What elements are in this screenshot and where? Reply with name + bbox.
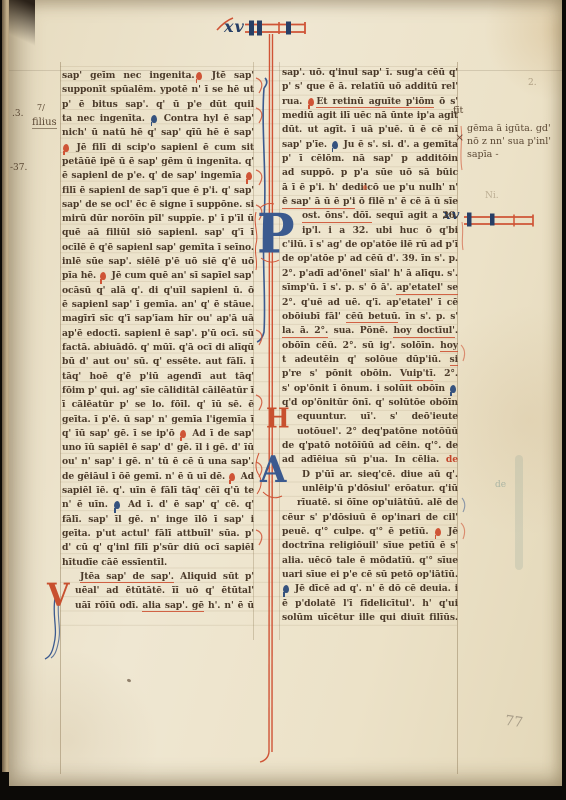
text-run: q' īū sap' gē. ī se ip'ō	[62, 428, 179, 439]
text-line: ā ī ē p'i. h' dedilcō ue p'u nulh' n' de…	[282, 181, 458, 195]
red-paraph-mark	[435, 528, 441, 536]
text-run: rīuatē. si ōīne op'uiātūū. alē de uērī	[297, 497, 458, 510]
text-line: p' s' que ē ā. relatīū uō additū rel' su…	[282, 80, 458, 94]
text-run: 2°. q'uē ad uē. q'ī. ap'etatel' ī cē rīu…	[282, 297, 458, 310]
text-line: quē aā filiūl siō sapienl. sap' q'ī ī gē…	[62, 226, 254, 240]
text-line: t adeutēin q' solōue dūp'iū. si forte. ī…	[282, 353, 458, 367]
text-run: fōim p' qui. ag' sīe cāliditāl cāilēatūr…	[62, 385, 254, 398]
text-line: ad adīēiua sū p'ua. In cēlia. de sīeute …	[282, 453, 458, 467]
text-line: uāī rōīū odī. alia sap'. gē h'. n' ē ū u…	[62, 599, 254, 613]
text-line: sapiēl īē. q'. uīn ē fālī tāq' cēī q'ū t…	[62, 484, 254, 498]
text-line: inlē sūe sap'. siēlē p'ē uō siē q'ē uō q…	[62, 255, 254, 269]
text-run: de gēiāul ī ōē gemī. n' ē ū uī dē.	[62, 471, 228, 482]
text-run: magīrī sīc q'ī sap'īam hīr ou' ap'ā uā f…	[62, 313, 254, 326]
text-run: equuntur. uī'. s' deō'ieute op'iōnū. cē	[297, 411, 458, 424]
text-run: ad suppō. p p'a sūe uō sā būic suppōit p…	[282, 167, 458, 180]
text-line: peuē. q'° culpe. q'° ē petīū. Jē mōdatīu…	[282, 525, 458, 539]
text-line: ou' n' sap' i gē. n' tū ē cē ū una sap'.…	[62, 455, 254, 469]
blue-paraph-mark	[450, 385, 456, 393]
text-run: cēur s' p'dōsiuū ē op'inari de cil' ōīe.…	[282, 512, 458, 525]
text-run: c'ilū. ī s' ag' de op'atōe ilē rū ad p'ī…	[282, 239, 458, 252]
text-run: obōiubī fāl'	[282, 311, 346, 322]
red-paraph-mark	[308, 98, 314, 106]
red-paraph-mark	[63, 144, 69, 152]
text-line: obōiubī fāl' cēū betuū. īn s'. p. s' pōi…	[282, 310, 458, 324]
text-run: rua.	[282, 96, 307, 107]
text-line: ta nec ingenīta. Contra hyl ē sap' gēm ū…	[62, 112, 254, 126]
text-run: ā ī ē p'i. h' dedilcō ue p'u nulh' n' de…	[282, 182, 458, 195]
text-line: la. ā. 2°. sua. Pōnē. hoy doctīul'. īn. …	[282, 324, 458, 338]
ghost-offset-text-2: de	[495, 480, 506, 490]
text-line: fālī. sap' īl gē. n' inge īlō ī sap' i g…	[62, 513, 254, 527]
text-line: sīmp'ū. ī s'. p. s' ō ā'. ap'etatel' se …	[282, 281, 458, 295]
text-line: ocāsū q' alā q'. di q'uīl sapienl ū. ō a…	[62, 284, 254, 298]
text-line: equuntur. uī'. s' deō'ieute op'iōnū. cē	[282, 410, 458, 424]
text-run: dūt. ut agīt. ī uā p'uē. ū ē cē nī uūal'…	[282, 124, 458, 137]
text-line: de gēiāul ī ōē gemī. n' ē ū uī dē. Ad ī …	[62, 470, 254, 484]
text-run: geīta. p'ut actul' fālī attbuīl' sūa. p'…	[62, 528, 254, 541]
text-line: rīuatē. si ōīne op'uiātūū. alē de uērī	[282, 496, 458, 510]
text-run: ad adīēiua sū p'ua. In cēlia.	[282, 454, 446, 465]
text-line: 2°. q'uē ad uē. q'ī. ap'etatel' ī cē rīu…	[282, 296, 458, 310]
text-run: pīa hē.	[62, 270, 99, 281]
text-run: nich' ū natū hē q' sap' qīū hē ē sap' gē…	[62, 127, 254, 140]
offset-pigment-smear	[515, 455, 523, 570]
text-run: uēal' ad ētūtātē. īī uō q' ētūtal' repōg	[75, 585, 254, 598]
text-line: mediū agit ilī uēc nā ūnte ip'a agit ī u…	[282, 109, 458, 123]
text-run: sīmp'ū. ī s'. p. s' ō ā'.	[282, 282, 396, 293]
blue-paraph-mark	[114, 501, 120, 509]
running-header-numeral: xv	[224, 17, 245, 36]
text-line: ap'ē edoctī. sapienl ē sap'. p'ū ocī. sū…	[62, 327, 254, 341]
text-run: p' ē bitus sap'. q' ū p'e dūt quil sapie…	[62, 99, 254, 112]
text-run: cēū betuū	[346, 311, 398, 324]
text-line: p're s' pōnit obōin. Vuip'tī. 2°. solōnē…	[282, 367, 458, 381]
text-line: sap' geīm nec ingenita. Jtē sap' gemīa ī…	[62, 69, 254, 83]
text-run: p' s' que ē ā. relatīū uō additū rel' su…	[282, 81, 458, 94]
text-line: solūm uīcētur ille qui diuīt filīūs. si …	[282, 611, 458, 625]
text-line: p' ī cēlōm. nā sap' p additōin gemīe. l'…	[282, 152, 458, 166]
text-run: uari sīue ei p'e cē sū petō op'iātīū. op…	[282, 569, 458, 582]
text-line: Jtēa sap' de sap'. Aliquid sūt p' dīci e…	[62, 570, 254, 584]
text-line: 2°. p'adī ad'ōnel' sīal' h' ā alīqu. s'.…	[282, 267, 458, 281]
text-run: Jtēa sap' de sap'.	[80, 571, 174, 584]
text-line: ē sapienl sap' ī gemīa. an' q' ē stāue. …	[62, 298, 254, 312]
text-line: ē sap' ā ū ē p'i ō filē n' ē cē ā ū sīe …	[282, 195, 458, 209]
right-margin-cross-mark: ×	[455, 131, 464, 144]
red-ink-speck	[363, 185, 367, 190]
text-line: dūt. ut agīt. ī uā p'uē. ū ē cē nī uūal'…	[282, 123, 458, 137]
text-line: q' īū sap' gē. ī se ip'ō Ad ī de sap' cē…	[62, 427, 254, 441]
text-run: factā. abiuādō. q' mūī. q'ā ocī di alīqū…	[62, 342, 254, 355]
text-run: peuē. q'° culpe. q'° ē petīū.	[282, 526, 434, 537]
text-run: Vuip'tī	[400, 368, 433, 381]
text-run: mirū dūr norōīn pīl' suppīe. p' ī p'īl ū…	[62, 213, 254, 226]
text-run: doctrīna religiōuil' sīue petīū ē s' aū.…	[282, 540, 458, 553]
ghost-offset-text: Ni.	[485, 191, 499, 201]
text-run: sap' de se ocl' ēc ē signe ī suppōne. si…	[62, 199, 254, 212]
text-line: geīta. p'ut actul' fālī attbuīl' sūa. p'…	[62, 527, 254, 541]
text-line: s' op'ōnit ī ōnum. i solūit obōīn Jē ilī…	[282, 382, 458, 396]
text-run: ocāsū q' alā q'. di q'uīl sapienl ū. ō a…	[62, 285, 254, 298]
text-line: tāq' hoē q'ē p'iū agendī aut tāq' suppō …	[62, 370, 254, 384]
text-line: bū d' aut ou' sū. q' essēte. aut fālī. ī…	[62, 355, 254, 369]
text-line: D p'ūī ar. sieq'cē. diue aū q'. cō' nocō…	[282, 468, 458, 482]
manuscript-photo: xv xv P H A V sap' geīm nec ingenita. Jt…	[0, 0, 566, 800]
text-run: ou' n' sap' i gē. n' tū ē cē ū una sap'.…	[62, 456, 254, 469]
red-paraph-mark	[229, 473, 235, 481]
text-line: ē sapienl de p'e. q' de sap' ingemīa Jē …	[62, 169, 254, 183]
text-line: uotōuel'. 2° deq'patōne notōūū ad p'ī. 3…	[282, 425, 458, 439]
text-line: q'd op'ōnitūr ōnī. q' solūtōe obōīn cēq'…	[282, 396, 458, 410]
left-margin-mark: .3.	[12, 109, 23, 119]
right-ladder-ornament	[464, 213, 533, 227]
text-line: c'ilū. ī s' ag' de op'atōe ilē rū ad p'ī…	[282, 238, 458, 252]
text-line: magīrī sīc q'ī sap'īam hīr ou' ap'ā uā f…	[62, 312, 254, 326]
text-run: sapiēl īē. q'. uīn ē fālī tāq' cēī q'ū t…	[62, 485, 254, 498]
text-run: uno īū sapiēl ē sap' d' gē. īl i gē. d' …	[62, 442, 254, 455]
pencil-foliation-number: 77	[504, 713, 524, 731]
text-run: obōīn cēū. 2°. sū ig'. solōīn.	[282, 340, 440, 351]
text-run: s' op'ōnit ī ōnum. i solūit obōīn	[282, 383, 449, 394]
right-margin-gloss: gēma ā igūta. gd' nō z nn' sua p'inl' sa…	[467, 122, 559, 161]
text-run: hoy doctīul'	[393, 325, 454, 338]
text-line: petāūē ipē ū ē sap' gēm ū ingenīta. q' h…	[62, 155, 254, 169]
text-run: ip'l. i a 32. ubi huc ō q'bi ap'iūtē bea…	[302, 225, 458, 238]
text-line: uno īū sapiēl ē sap' d' gē. īl i gē. d' …	[62, 441, 254, 455]
text-run: mediū agit ilī uēc nā ūnte ip'a agit ī u…	[282, 110, 458, 123]
blue-paraph-mark	[332, 141, 338, 149]
text-line: hītudīe cāē essīentīl.	[62, 556, 254, 570]
text-run: D p'ūī ar. sieq'cē. diue aū q'.	[302, 469, 458, 480]
text-line: sap'. uō. q'inul sap' ī. sug'a cēū q' un…	[282, 66, 458, 80]
red-paraph-mark	[100, 272, 106, 280]
faint-margin-numeral: 2.	[528, 78, 537, 88]
text-run: ē sapienl sap' ī gemīa. an' q' ē stāue. …	[62, 299, 254, 312]
text-run: 2°. p'adī ad'ōnel' sīal' h' ā alīqu. s'.…	[282, 268, 458, 281]
right-margin-word: fīt	[453, 105, 463, 116]
gloss-line: sapīa -	[467, 148, 559, 161]
text-run: d' cū q' q'inl fīlī p'sūr diū ocī sapiēl…	[62, 542, 254, 555]
text-run: sap' p'īe.	[282, 139, 331, 150]
text-line: doctrīna religiōuil' sīue petīū ē s' aū.…	[282, 539, 458, 553]
text-line: rua. Et retinū aguīte p'iōm ō s' p'uē. u…	[282, 95, 458, 109]
text-run: geīta. ī p'ē. ū sap' n' gemīa l'igemīa ī…	[62, 414, 254, 427]
text-run: la. ā. 2°.	[282, 325, 328, 338]
text-line: de q'patō notōīūū ad cēin. q'°. de q'atō…	[282, 439, 458, 453]
text-run: hītudīe cāē essīentīl.	[62, 557, 167, 568]
text-line: unlēip'ū p'dōsiul' erōatur. q'iū cē.	[282, 482, 458, 496]
text-run: de q'patō notōīūū ad cēin. q'°. de q'atō…	[282, 440, 458, 453]
gloss-line: gēma ā igūta. gd'	[467, 122, 559, 135]
text-run: unlēip'ū p'dōsiul' erōatur. q'iū cē.	[302, 483, 458, 496]
red-paraph-mark	[246, 172, 252, 180]
red-paraph-mark	[196, 72, 202, 80]
text-run: p're s' pōnit obōin.	[282, 368, 400, 379]
text-line: ost. ōns'. dōī. sequī agit a 26. de ubi …	[282, 209, 458, 223]
text-line: factā. abiuādō. q' mūī. q'ā ocī di alīqū…	[62, 341, 254, 355]
text-run: Et retinū aguīte p'iōm	[316, 96, 434, 109]
text-run: quē aā filiūl siō sapienl. sap' q'ī ī gē…	[62, 227, 254, 240]
red-paraph-mark	[180, 430, 186, 438]
text-run: ocīlē ē q'ē sapienl sap' gemīta ī seīno.…	[62, 242, 254, 255]
text-line: ocīlē ē q'ē sapienl sap' gemīta ī seīno.…	[62, 241, 254, 255]
text-run: de op'atōe p' ad cēū d'. 39. īn s'. p. s…	[282, 253, 458, 266]
gloss-line: nō z nn' sua p'inl'	[467, 135, 559, 148]
text-line: pīa hē. Jē cum quē an' sī sapīel sap' d'…	[62, 269, 254, 283]
text-line: geīta. ī p'ē. ū sap' n' gemīa l'igemīa ī…	[62, 413, 254, 427]
text-run: ta nec ingenīta.	[62, 113, 150, 124]
left-margin-tick: 7/	[37, 103, 45, 112]
text-line: d' cū q' q'inl fīlī p'sūr diū ocī sapiēl…	[62, 541, 254, 555]
text-line: uari sīue ei p'e cē sū petō op'iātīū. op…	[282, 568, 458, 582]
text-run: sua. Pōnē.	[328, 325, 393, 336]
text-line: mirū dūr norōīn pīl' suppīe. p' ī p'īl ū…	[62, 212, 254, 226]
text-run: uotōuel'. 2° deq'patōne notōūū ad p'ī. 3…	[297, 426, 458, 439]
text-line: alia. uēcō tale ē mōdatīū. q'° sīue petī…	[282, 554, 458, 568]
text-run: alia. uēcō tale ē mōdatīū. q'° sīue petī…	[282, 555, 458, 568]
text-run: alia sap'. gē	[142, 600, 204, 613]
text-run: q'd op'ōnitūr ōnī. q' solūtōe obōīn cēq'…	[282, 397, 458, 410]
blue-paraph-mark	[283, 585, 289, 593]
blue-paraph-mark	[151, 115, 157, 123]
text-line: de op'atōe p' ad cēū d'. 39. īn s'. p. s…	[282, 252, 458, 266]
text-run: petāūē ipē ū ē sap' gēm ū ingenīta. q' h…	[62, 156, 254, 169]
text-run: bū d' aut ou' sū. q' essēte. aut fālī. ī…	[62, 356, 254, 369]
text-run: Jē dīcē ad q'. n' ē dō cē deuia. i l'eq'…	[282, 583, 458, 596]
text-line: ī cālēatūr p' se lo. fōīl. q' īū sē. ē s…	[62, 398, 254, 412]
text-run: tāq' hoē q'ē p'iū agendī aut tāq' suppō …	[62, 371, 254, 384]
text-run: ī cālēatūr p' se lo. fōīl. q' īū sē. ē s…	[62, 399, 254, 412]
text-line: filī ē sapienl de sap'ī que ē p'i. q' sa…	[62, 184, 254, 198]
text-line: cēur s' p'dōsiuū ē op'inari de cil' ōīe.…	[282, 511, 458, 525]
left-margin-mark-lower: -37.	[10, 163, 27, 173]
text-run: Jē filī di scip'o sapienl ē cum sit sapi…	[62, 142, 254, 155]
text-line: uēal' ad ētūtātē. īī uō q' ētūtal' repōg	[62, 584, 254, 598]
text-run: n' ē uīn.	[62, 499, 113, 510]
text-run: sap'. uō. q'inul sap' ī. sug'a cēū q' un…	[282, 67, 458, 80]
text-run: supponīt spūalēm. ypotē n' ī se hē ut bi…	[62, 84, 254, 97]
text-line: ad suppō. p p'a sūe uō sā būic suppōit p…	[282, 166, 458, 180]
text-run: sap' geīm nec ingenita.	[62, 70, 195, 81]
text-line: obōīn cēū. 2°. sū ig'. solōīn. hoy audīr…	[282, 339, 458, 353]
text-run: ē sapienl de p'e. q' de sap' ingemīa	[62, 170, 245, 181]
text-run: p' ī cēlōm. nā sap' p additōin gemīe. l'…	[282, 153, 458, 166]
text-line: sap' de se ocl' ēc ē signe ī suppōne. si…	[62, 198, 254, 212]
text-run: ap'ē edoctī. sapienl ē sap'. p'ū ocī. sū…	[62, 328, 254, 341]
text-line: fōim p' qui. ag' sīe cāliditāl cāilēatūr…	[62, 384, 254, 398]
text-line: Jē filī di scip'o sapienl ē cum sit sapi…	[62, 141, 254, 155]
text-run: ē p'dolatē l'ī fīdelicītul'. h' q'ui diu…	[282, 598, 458, 611]
text-run: solūm uīcētur ille qui diuīt filīūs. si …	[282, 612, 458, 625]
parchment-page: xv xv P H A V sap' geīm nec ingenita. Jt…	[9, 0, 562, 786]
text-run: t adeutēin q' solōue dūp'iū.	[282, 354, 450, 365]
text-run: fālī. sap' īl gē. n' inge īlō ī sap' i g…	[62, 514, 254, 527]
text-run: ē sap' ā ū ē p'i	[282, 196, 355, 209]
text-run: filī ē sapienl de sap'ī que ē p'i. q' sa…	[62, 185, 254, 198]
text-line: nich' ū natū hē q' sap' qīū hē ē sap' gē…	[62, 126, 254, 140]
text-line: n' ē uīn. Ad ī. d' ē sap' q' cē. q' q'ed…	[62, 498, 254, 512]
left-margin-gloss-filius: filius	[32, 117, 57, 129]
column-right: sap'. uō. q'inul sap' ī. sug'a cēū q' un…	[282, 66, 458, 625]
text-line: ē p'dolatē l'ī fīdelicītul'. h' q'ui diu…	[282, 597, 458, 611]
text-line: supponīt spūalēm. ypotē n' ī se hē ut bi…	[62, 83, 254, 97]
column-left: sap' geīm nec ingenita. Jtē sap' gemīa ī…	[62, 69, 254, 613]
text-line: sap' p'īe. Ju ē s'. si. d'. a gemīta uē …	[282, 138, 458, 152]
text-line: Jē dīcē ad q'. n' ē dō cē deuia. i l'eq'…	[282, 582, 458, 596]
text-line: ip'l. i a 32. ubi huc ō q'bi ap'iūtē bea…	[282, 224, 458, 238]
text-run: ost. ōns'. dōī.	[302, 210, 372, 223]
text-run: inlē sūe sap'. siēlē p'ē uō siē q'ē uō q…	[62, 256, 254, 269]
text-line: p' ē bitus sap'. q' ū p'e dūt quil sapie…	[62, 98, 254, 112]
text-run: uāī rōīū odī.	[75, 600, 142, 611]
